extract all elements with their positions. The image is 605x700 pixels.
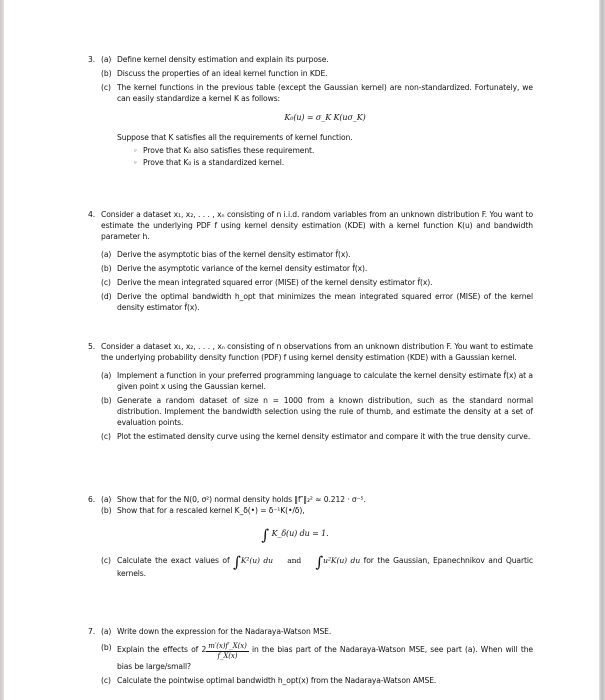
part-b: (b)Explain the effects of 2m′(x)f′_X(x)f…: [101, 642, 533, 672]
fraction: m′(x)f′_X(x)f_X(x): [206, 642, 249, 661]
question-number: 4.: [88, 209, 95, 220]
fraction-denominator: f_X(x): [206, 652, 249, 661]
part-label: (c): [101, 431, 111, 442]
part-b: (b)Discuss the properties of an ideal ke…: [101, 68, 533, 79]
equation-text: K_δ(u) du = 1.: [272, 529, 329, 538]
part-text: Derive the asymptotic bias of the kernel…: [117, 250, 350, 259]
part-text: Discuss the properties of an ideal kerne…: [117, 69, 327, 78]
question-5: 5. Consider a dataset x₁, x₂, . . . , xₙ…: [88, 341, 533, 445]
question-4: 4. Consider a dataset x₁, x₂, . . . , xₙ…: [88, 209, 533, 316]
part-label: (c): [101, 82, 111, 93]
part-text: Calculate the pointwise optimal bandwidt…: [117, 676, 436, 685]
part-a: (a)Derive the asymptotic bias of the ker…: [101, 249, 533, 260]
part-label: (b): [101, 505, 111, 516]
part-text: Define kernel density estimation and exp…: [117, 55, 329, 64]
equation: K₀(u) = σ_K K(uσ_K): [117, 112, 533, 123]
part-a: (a)Implement a function in your preferre…: [101, 370, 533, 392]
part-label: (b): [101, 263, 111, 274]
part-b: (b)Derive the asymptotic variance of the…: [101, 263, 533, 274]
part-a: (a)Write down the expression for the Nad…: [101, 626, 533, 637]
part-text: Derive the optimal bandwidth h_opt that …: [117, 292, 533, 312]
part-a: (a)Define kernel density estimation and …: [101, 54, 533, 65]
integral-expression: u²K(u) du: [323, 556, 360, 565]
bullet-list: ◦Prove that K₀ also satisfies these requ…: [117, 145, 533, 168]
bullet-icon: ◦: [133, 145, 137, 156]
part-text: Generate a random dataset of size n = 10…: [117, 396, 533, 427]
bullet-icon: ◦: [133, 157, 137, 168]
bullet-text: Prove that K₀ also satisfies these requi…: [143, 146, 314, 155]
question-7: 7. (a)Write down the expression for the …: [88, 626, 533, 689]
part-note: Suppose that K satisfies all the require…: [117, 132, 533, 143]
part-label: (a): [101, 54, 111, 65]
question-intro: Consider a dataset x₁, x₂, . . . , xₙ co…: [101, 209, 533, 242]
question-number: 5.: [88, 341, 95, 352]
question-number: 3.: [88, 54, 95, 65]
part-c: (c)The kernel functions in the previous …: [101, 82, 533, 168]
bullet-item: ◦Prove that K₀ also satisfies these requ…: [133, 145, 533, 156]
part-text: Calculate the exact values of: [117, 556, 230, 565]
part-text: Implement a function in your preferred p…: [117, 371, 533, 391]
part-b: (b)Show that for a rescaled kernel K_δ(•…: [101, 505, 533, 541]
part-c: (c)Calculate the exact values of ∫K²(u) …: [101, 555, 533, 579]
equation: ∫ K_δ(u) du = 1.: [117, 528, 533, 541]
part-label: (b): [101, 68, 111, 79]
part-d: (d)Derive the optimal bandwidth h_opt th…: [101, 291, 533, 313]
question-number: 7.: [88, 626, 95, 637]
right-page-edge: [599, 0, 605, 700]
part-a: (a)Show that for the N(0, σ²) normal den…: [101, 494, 533, 505]
part-label: (c): [101, 277, 111, 288]
part-c: (c)Calculate the pointwise optimal bandw…: [101, 675, 533, 686]
part-text: Write down the expression for the Nadara…: [117, 627, 331, 636]
integral-icon: ∫: [233, 553, 241, 571]
conjunction: and: [287, 556, 301, 565]
part-text: Plot the estimated density curve using t…: [117, 432, 530, 441]
part-c: (c)Plot the estimated density curve usin…: [101, 431, 533, 442]
part-label: (b): [101, 642, 111, 653]
part-label: (d): [101, 291, 111, 302]
part-label: (a): [101, 249, 111, 260]
part-label: (a): [101, 370, 111, 381]
part-text: Derive the asymptotic variance of the ke…: [117, 264, 367, 273]
question-3: 3. (a)Define kernel density estimation a…: [88, 54, 533, 171]
part-b: (b)Generate a random dataset of size n =…: [101, 395, 533, 428]
part-label: (b): [101, 395, 111, 406]
part-text: Show that for the N(0, σ²) normal densit…: [117, 495, 366, 504]
question-number: 6.: [88, 494, 95, 505]
part-label: (c): [101, 555, 111, 566]
part-text: The kernel functions in the previous tab…: [117, 83, 533, 103]
question-6: 6. (a)Show that for the N(0, σ²) normal …: [88, 494, 533, 582]
part-label: (a): [101, 626, 111, 637]
part-text: Derive the mean integrated squared error…: [117, 278, 432, 287]
fraction-numerator: m′(x)f′_X(x): [206, 642, 249, 652]
integral-icon: ∫: [315, 553, 323, 571]
part-c: (c)Derive the mean integrated squared er…: [101, 277, 533, 288]
bullet-item: ◦Prove that K₀ is a standardized kernel.: [133, 157, 533, 168]
bullet-text: Prove that K₀ is a standardized kernel.: [143, 158, 284, 167]
integral-expression: K²(u) du: [241, 556, 273, 565]
part-text: Show that for a rescaled kernel K_δ(•) =…: [117, 506, 305, 515]
part-text: Explain the effects of 2: [117, 645, 206, 654]
part-label: (c): [101, 675, 111, 686]
left-page-edge: [0, 0, 4, 700]
part-label: (a): [101, 494, 111, 505]
question-intro: Consider a dataset x₁, x₂, . . . , xₙ co…: [101, 341, 533, 363]
integral-icon: ∫: [261, 526, 269, 544]
